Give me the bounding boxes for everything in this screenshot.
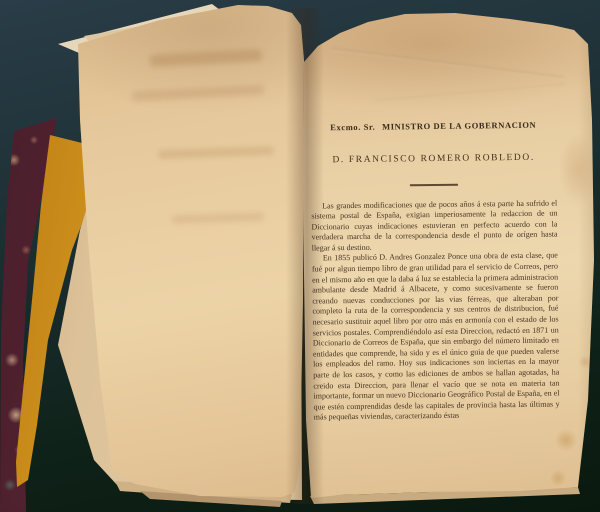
photo-scene: Excmo. Sr. MINISTRO DE LA GOBERNACION D.… [0,0,600,512]
photo-vignette [0,0,600,512]
